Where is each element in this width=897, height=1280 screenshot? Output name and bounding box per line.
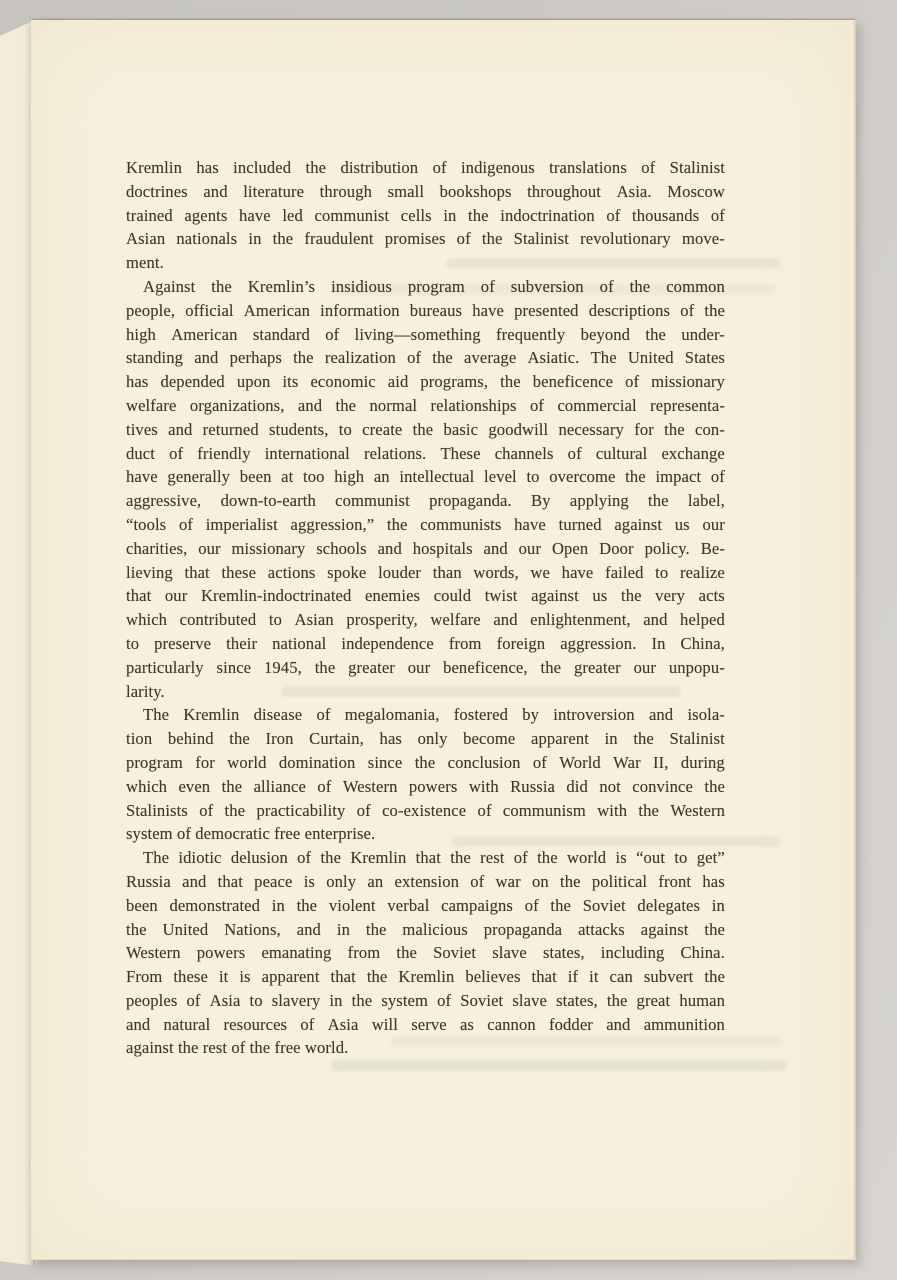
text-line: WesternpowersemanatingfromtheSovietslave…	[126, 941, 725, 965]
text-line: thatourKremlin-indoctrinatedenemiescould…	[126, 584, 725, 608]
text-line: TheKremlindiseaseofmegalomania,fosteredb…	[126, 703, 725, 727]
text-line: topreservetheirnationalindependencefromf…	[126, 632, 725, 656]
text-line: ductoffriendlyinternationalrelations.The…	[126, 442, 725, 466]
show-through-smudge	[331, 1060, 786, 1071]
text-line: lievingthattheseactionsspokelouderthanwo…	[126, 561, 725, 585]
text-line: TheidioticdelusionoftheKremlinthattheres…	[126, 846, 725, 870]
text-line: people,officialAmericaninformationbureau…	[126, 299, 725, 323]
text-line: aggressive,down-to-earthcommunistpropaga…	[126, 489, 725, 513]
text-line: “toolsofimperialistaggression,”thecommun…	[126, 513, 725, 537]
text-line: FromtheseitisapparentthattheKremlinbelie…	[126, 965, 725, 989]
under-page-edge	[0, 18, 35, 1266]
text-line: Kremlinhasincludedthedistributionofindig…	[126, 156, 725, 180]
text-line: tivesandreturnedstudents,tocreatethebasi…	[126, 418, 725, 442]
text-line: programforworlddominationsincetheconclus…	[126, 751, 725, 775]
text-line: trainedagentshaveledcommunistcellsinthei…	[126, 204, 725, 228]
text-line: AgainsttheKremlin’sinsidiousprogramofsub…	[126, 275, 725, 299]
text-line: tionbehindtheIronCurtain,hasonlybecomeap…	[126, 727, 725, 751]
text-line: particularlysince1945,thegreaterourbenef…	[126, 656, 725, 680]
book-page: Kremlinhasincludedthedistributionofindig…	[31, 20, 856, 1260]
text-line: against the rest of the free world.	[126, 1036, 725, 1060]
text-line: whicheventheallianceofWesternpowerswithR…	[126, 775, 725, 799]
text-line: doctrinesandliteraturethroughsmallbooksh…	[126, 180, 725, 204]
text-line: system of democratic free enterprise.	[126, 822, 725, 846]
text-line: theUnitedNations,andinthemaliciouspropag…	[126, 918, 725, 942]
text-line: havegenerallybeenattoohighanintellectual…	[126, 465, 725, 489]
text-line: Stalinistsofthepracticabilityofco-existe…	[126, 799, 725, 823]
text-line: Asiannationalsinthefraudulentpromisesoft…	[126, 227, 725, 251]
page-text-block: Kremlinhasincludedthedistributionofindig…	[126, 156, 725, 1060]
scanned-book-page: Kremlinhasincludedthedistributionofindig…	[0, 0, 897, 1280]
text-line: peoplesofAsiatoslaveryinthesystemofSovie…	[126, 989, 725, 1013]
text-line: charities,ourmissionaryschoolsandhospita…	[126, 537, 725, 561]
text-line: ment.	[126, 251, 725, 275]
text-line: beendemonstratedintheviolentverbalcampai…	[126, 894, 725, 918]
text-line: welfareorganizations,andthenormalrelatio…	[126, 394, 725, 418]
text-line: hasdependeduponitseconomicaidprograms,th…	[126, 370, 725, 394]
text-line: standingandperhapstherealizationoftheave…	[126, 346, 725, 370]
text-line: andnaturalresourcesofAsiawillserveascann…	[126, 1013, 725, 1037]
text-line: Russiaandthatpeaceisonlyanextensionofwar…	[126, 870, 725, 894]
text-line: whichcontributedtoAsianprosperity,welfar…	[126, 608, 725, 632]
text-line: larity.	[126, 680, 725, 704]
text-line: highAmericanstandardofliving—somethingfr…	[126, 323, 725, 347]
